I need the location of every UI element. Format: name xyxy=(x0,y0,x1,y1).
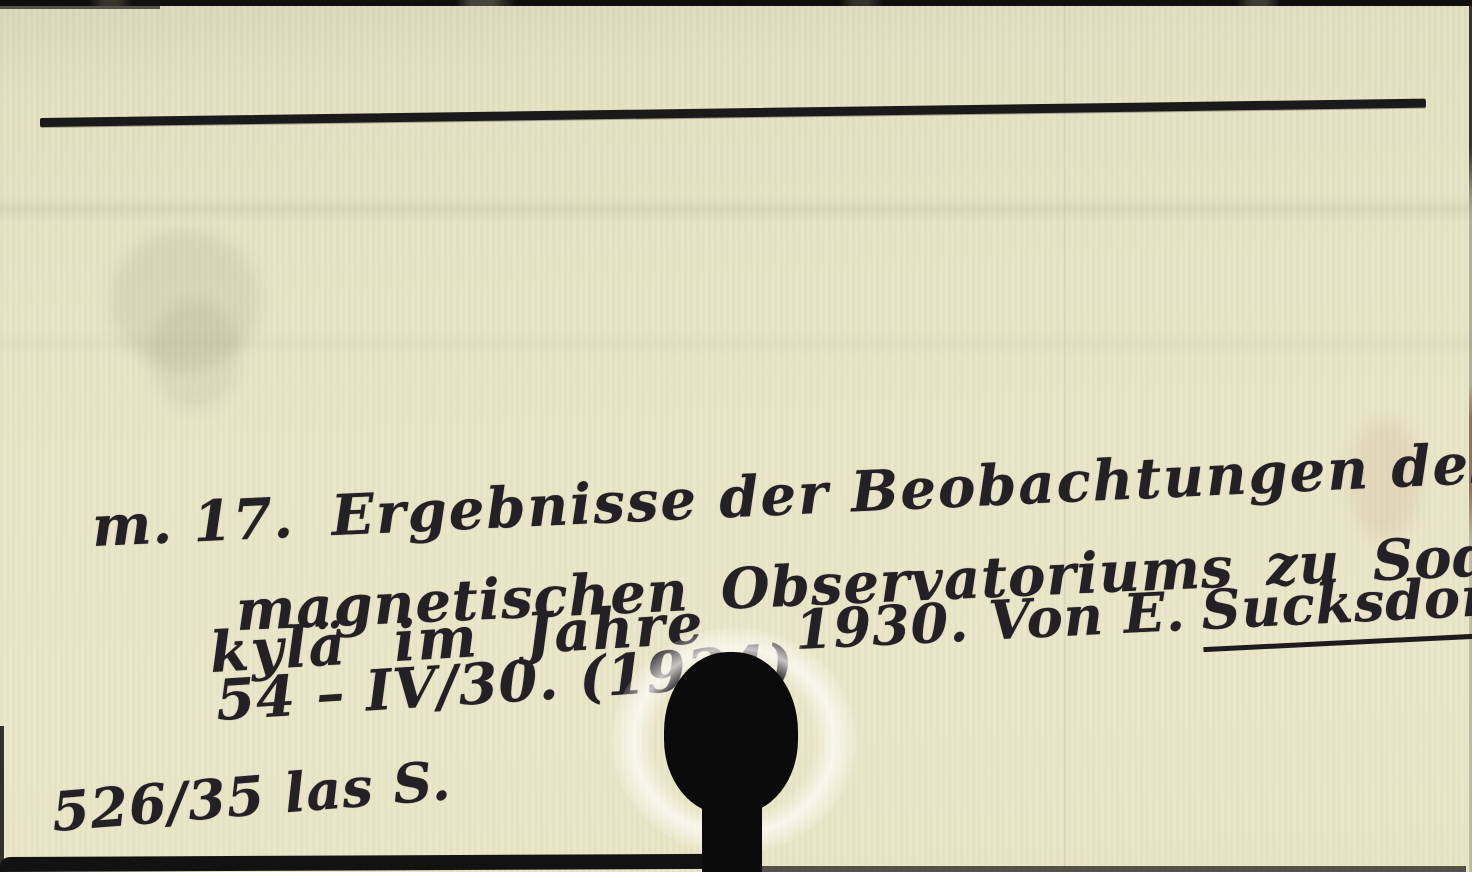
scan-bottom-edge xyxy=(0,854,708,872)
scan-top-edge xyxy=(0,0,1472,6)
scanner-artifact-line xyxy=(1064,0,1066,872)
paper-crease xyxy=(0,196,1472,222)
pencil-smudge xyxy=(110,230,260,370)
catalog-card-scan: m. 17.Ergebnisse der Beobachtungen des m… xyxy=(0,0,1472,872)
hole-punch xyxy=(664,652,798,814)
card-left-edge xyxy=(0,726,4,872)
author-name-underlined: Sucksdorff xyxy=(1200,562,1472,652)
hole-punch-slot xyxy=(702,802,762,872)
pencil-smudge xyxy=(150,300,240,410)
ruled-line xyxy=(40,99,1426,127)
classmark: m. 17. xyxy=(91,485,295,560)
scan-bottom-edge-shadow xyxy=(762,866,1466,872)
accession-note: 526/35 las S. xyxy=(49,748,453,844)
scan-top-edge-shadow xyxy=(0,6,160,9)
paper-crease xyxy=(0,330,1472,356)
